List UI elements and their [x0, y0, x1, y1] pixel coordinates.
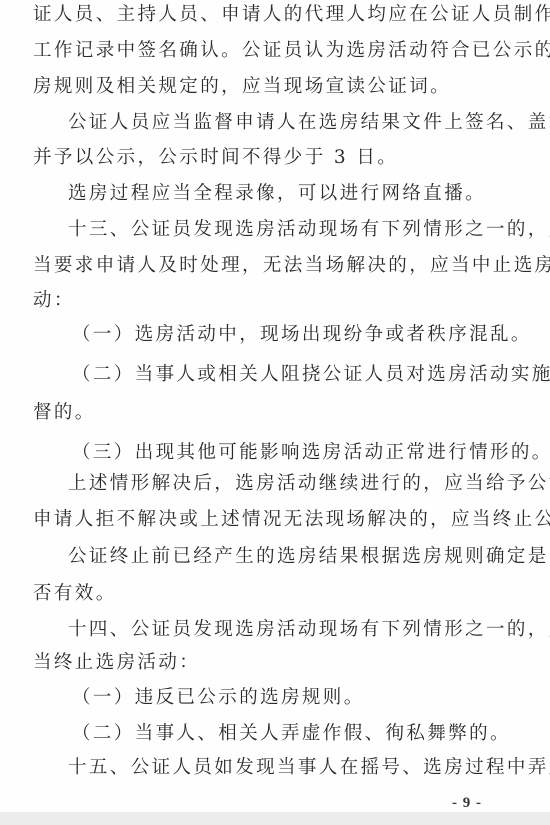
text-line-14: 上述情形解决后，选房活动继续进行的，应当给予公证；: [68, 472, 550, 496]
text-line-22: 十五、公证人员如发现当事人在摇号、选房过程中弄虚: [68, 756, 550, 780]
text-line-15: 申请人拒不解决或上述情况无法现场解决的，应当终止公证。: [33, 508, 550, 532]
text-line-17: 否有效。: [33, 582, 117, 606]
bottom-bar: [0, 812, 550, 825]
text-line-21: （二）当事人、相关人弄虚作假、徇私舞弊的。: [72, 722, 511, 746]
text-line-16: 公证终止前已经产生的选房结果根据选房规则确定是: [68, 545, 549, 569]
text-line-12: 督的。: [33, 401, 96, 425]
text-line-20: （一）违反已公示的选房规则。: [72, 686, 365, 710]
text-line-9: 动：: [33, 289, 75, 313]
document-page: 证人员、主持人员、申请人的代理人均应在公证人员制作的 工作记录中签名确认。公证员…: [0, 0, 550, 812]
text-line-18: 十四、公证员发现选房活动现场有下列情形之一的，应: [68, 618, 550, 642]
text-line-2: 工作记录中签名确认。公证员认为选房活动符合已公示的选: [33, 39, 550, 63]
text-line-19: 当终止选房活动：: [33, 651, 200, 675]
text-line-10: （一）选房活动中，现场出现纷争或者秩序混乱。: [72, 323, 532, 347]
text-line-8: 当要求申请人及时处理，无法当场解决的，应当中止选房活: [33, 254, 550, 278]
text-line-11: （二）当事人或相关人阻挠公证人员对选房活动实施监: [72, 363, 550, 387]
text-line-4: 公证人员应当监督申请人在选房结果文件上签名、盖章，: [68, 111, 550, 135]
text-line-7: 十三、公证员发现选房活动现场有下列情形之一的，应: [68, 218, 550, 242]
text-line-3: 房规则及相关规定的，应当现场宣读公证词。: [33, 75, 451, 99]
page-number: - 9 -: [452, 795, 482, 812]
text-line-5: 并予以公示，公示时间不得少于 3 日。: [33, 146, 398, 170]
text-line-6: 选房过程应当全程录像，可以进行网络直播。: [68, 182, 486, 206]
text-line-1: 证人员、主持人员、申请人的代理人均应在公证人员制作的: [33, 3, 550, 27]
text-line-13: （三）出现其他可能影响选房活动正常进行情形的。: [72, 441, 550, 465]
